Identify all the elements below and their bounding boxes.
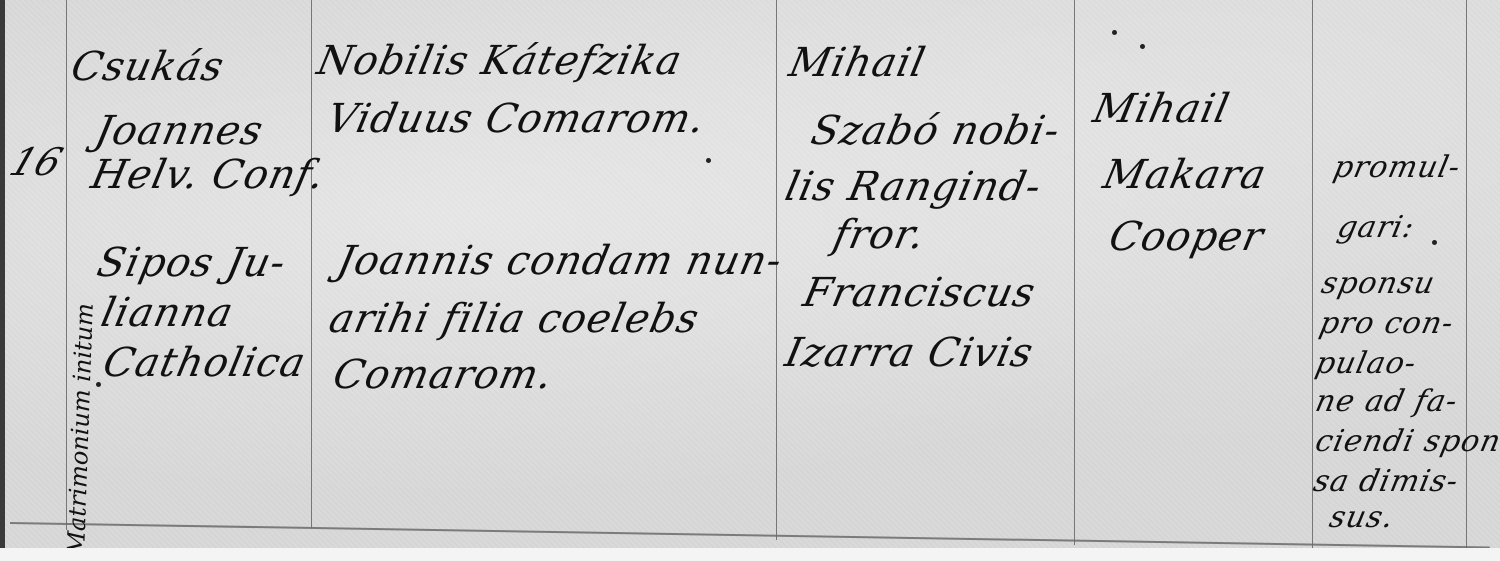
col5-line: pro con- [1316,306,1457,341]
col4-line: Cooper [1105,214,1268,260]
col3-line: fror. [829,212,929,258]
page-edge [0,0,5,548]
col5-line: gari: [1334,210,1418,245]
col1-line: lianna [97,290,238,336]
col5-line: promul- [1330,150,1464,185]
col3-line: Szabó nobi- [807,108,1064,154]
row-bottom-rule [10,522,1490,549]
ink-speck [96,382,101,387]
ink-speck [706,158,711,163]
ink-speck [1140,44,1145,49]
col5-line: sponsu [1318,266,1438,301]
col5-line: pulao- [1312,346,1420,381]
col5-line: sa dimis- [1310,464,1462,499]
col1-line: Sipos Ju- [93,240,290,286]
col3-line: Franciscus [799,270,1040,316]
column-rule [1466,0,1467,548]
col2-line: arihi filia coelebs [325,296,703,342]
col5-line: ne ad fa- [1312,384,1461,419]
col1-line: Csukás [67,44,228,90]
col5-line: ciendi spon- [1312,424,1500,459]
ink-speck [1112,30,1117,35]
ink-speck [1432,240,1437,245]
col2-line: Viduus Comarom. [323,96,709,142]
col1-line: Helv. Conf. [87,152,329,198]
col1-line: Catholica [99,340,310,386]
margin-note: Matrimonium initum [62,303,99,556]
col3-line: lis Rangind- [781,164,1046,210]
entry-number: 16 [4,140,68,184]
column-rule [1312,0,1313,548]
column-rule [1074,0,1075,545]
col1-line: Joannes [91,108,267,154]
ink-speck [1210,228,1215,233]
col4-line: Mihail [1089,86,1234,132]
col3-line: Mihail [785,40,930,86]
col3-line: Izarra Civis [781,330,1038,376]
col5-line: sus. [1326,500,1397,535]
col2-line: Joannis condam nun- [333,238,786,284]
col2-line: Comarom. [329,352,557,398]
col4-line: Makara [1099,152,1271,198]
col2-line: Nobilis Kátefzika [313,38,686,84]
scan-margin [0,548,1500,561]
register-page: 16 Matrimonium initum Csukás Joannes Hel… [0,0,1500,548]
column-rule [311,0,312,528]
